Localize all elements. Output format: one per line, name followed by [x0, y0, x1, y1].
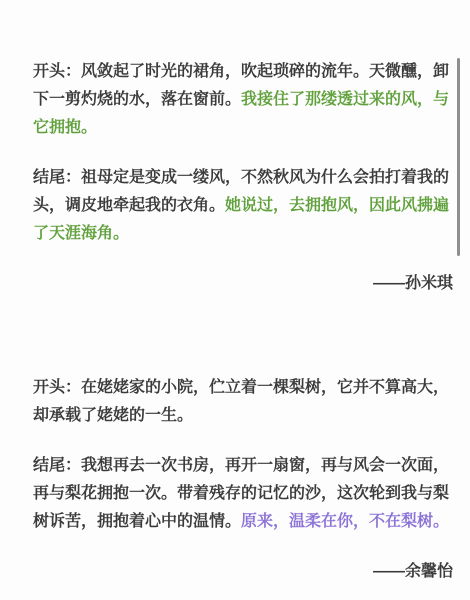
author-signature-1: ——孙米琪 — [33, 270, 453, 298]
ending-paragraph-2-purple-highlight: 原来，温柔在你，不在梨树。 — [241, 513, 449, 530]
opening-paragraph-1: 开头：风敛起了时光的裙角，吹起琐碎的流年。天微醺，卸下一剪灼烧的水，落在窗前。我… — [33, 58, 453, 142]
scrollbar-thumb[interactable] — [457, 58, 460, 256]
opening-paragraph-2-text: 开头：在姥姥家的小院，伫立着一棵梨树，它并不算高大，却承载了姥姥的一生。 — [33, 379, 449, 424]
ending-paragraph-1: 结尾：祖母定是变成一缕风，不然秋风为什么会拍打着我的头，调皮地牵起我的衣角。她说… — [33, 164, 453, 248]
ending-paragraph-2: 结尾：我想再去一次书房，再开一扇窗，再与风会一次面，再与梨花拥抱一次。带着残存的… — [33, 452, 453, 536]
excerpt-section-2: 开头：在姥姥家的小院，伫立着一棵梨树，它并不算高大，却承载了姥姥的一生。 结尾：… — [33, 374, 453, 586]
reading-notes-page: 开头：风敛起了时光的裙角，吹起琐碎的流年。天微醺，卸下一剪灼烧的水，落在窗前。我… — [0, 0, 470, 600]
excerpts-content: 开头：风敛起了时光的裙角，吹起琐碎的流年。天微醺，卸下一剪灼烧的水，落在窗前。我… — [33, 0, 453, 600]
author-signature-2: ——余馨怡 — [33, 558, 453, 586]
excerpt-section-1: 开头：风敛起了时光的裙角，吹起琐碎的流年。天微醺，卸下一剪灼烧的水，落在窗前。我… — [33, 58, 453, 298]
opening-paragraph-2: 开头：在姥姥家的小院，伫立着一棵梨树，它并不算高大，却承载了姥姥的一生。 — [33, 374, 453, 430]
